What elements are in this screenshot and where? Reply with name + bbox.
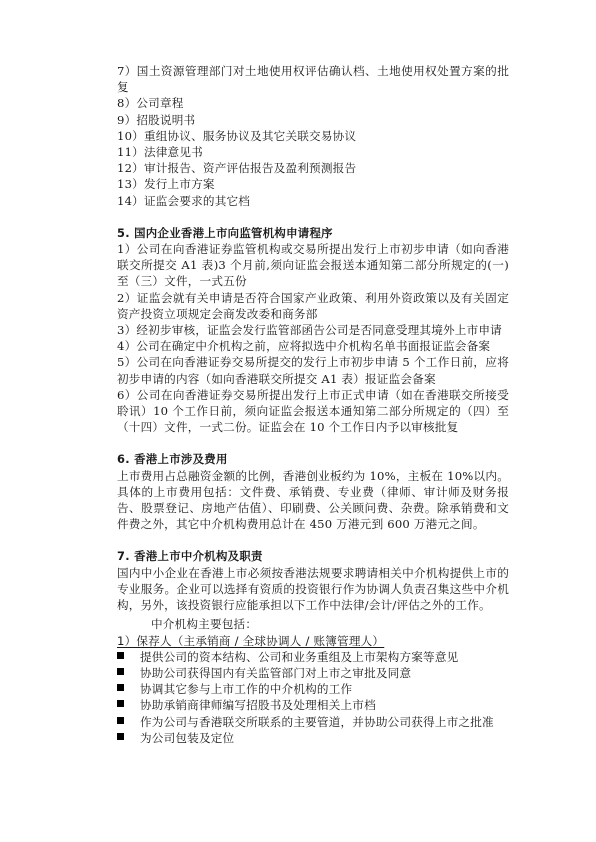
square-bullet-icon (117, 649, 140, 665)
section-7: 7. 香港上市中介机构及职责 国内中小企业在香港上市必须按香港法规要求聘请相关中… (117, 548, 509, 745)
intro-text: 中介机构主要包括： (117, 616, 509, 632)
section-body: 上市费用占总融资金额的比例，香港创业板约为 10%，主板在 10%以内。具体的上… (117, 468, 509, 533)
list-item: 10）重组协议、服务协议及其它关联交易协议 (117, 128, 509, 144)
bullet-text: 协调其它参与上市工作的中介机构的工作 (140, 681, 352, 697)
list-item: 14）证监会要求的其它档 (117, 193, 509, 209)
list-item: 9）招股说明书 (117, 112, 509, 128)
square-bullet-icon (117, 714, 140, 730)
bullet-text: 提供公司的资本结构、公司和业务重组及上市架构方案等意见 (140, 649, 458, 665)
bullet-item: 协助承销商律师编写招股书及处理相关上市档 (117, 697, 509, 713)
bullet-item: 提供公司的资本结构、公司和业务重组及上市架构方案等意见 (117, 649, 509, 665)
section-heading: 7. 香港上市中介机构及职责 (117, 548, 509, 564)
square-bullet-icon (117, 665, 140, 681)
bullet-text: 协助承销商律师编写招股书及处理相关上市档 (140, 697, 376, 713)
bullet-item: 协调其它参与上市工作的中介机构的工作 (117, 681, 509, 697)
list-item: 7）国土资源管理部门对土地使用权评估确认档、土地使用权处置方案的批复 (117, 63, 509, 95)
list-item: 1）公司在向香港证券监管机构或交易所提出发行上市初步申请（如向香港联交所提交 A… (117, 241, 509, 290)
bullet-text: 协助公司获得国内有关监管部门对上市之审批及同意 (140, 665, 411, 681)
bullet-item: 协助公司获得国内有关监管部门对上市之审批及同意 (117, 665, 509, 681)
section-5: 5. 国内企业香港上市向监管机构申请程序 1）公司在向香港证券监管机构或交易所提… (117, 225, 509, 436)
section-heading: 6. 香港上市涉及费用 (117, 451, 509, 467)
square-bullet-icon (117, 730, 140, 746)
spacer (117, 532, 509, 548)
bullet-item: 作为公司与香港联交所联系的主要管道，并协助公司获得上市之批准 (117, 714, 509, 730)
bullet-text: 作为公司与香港联交所联系的主要管道，并协助公司获得上市之批准 (140, 714, 494, 730)
list-item: 12）审计报告、资产评估报告及盈利预测报告 (117, 160, 509, 176)
list-item: 4）公司在确定中介机构之前，应将拟选中介机构名单书面报证监会备案 (117, 338, 509, 354)
list-item: 11）法律意见书 (117, 144, 509, 160)
list-item: 13）发行上市方案 (117, 176, 509, 192)
bullet-text: 为公司包装及定位 (140, 730, 234, 746)
bullet-item: 为公司包装及定位 (117, 730, 509, 746)
list-item: 6）公司在向香港证券交易所提出发行上市正式申请（如在香港联交所接受聆讯）10 个… (117, 387, 509, 436)
square-bullet-icon (117, 681, 140, 697)
document-list-continued: 7）国土资源管理部门对土地使用权评估确认档、土地使用权处置方案的批复 8）公司章… (117, 63, 509, 209)
spacer (117, 209, 509, 225)
subheading-sponsor: 1）保荐人（主承销商 / 全球协调人 / 账簿管理人） (117, 633, 509, 649)
list-item: 2）证监会就有关申请是否符合国家产业政策、利用外资政策以及有关固定资产投资立项规… (117, 290, 509, 322)
list-item: 8）公司章程 (117, 95, 509, 111)
bullet-list: 提供公司的资本结构、公司和业务重组及上市架构方案等意见 协助公司获得国内有关监管… (117, 649, 509, 746)
document-page: 7）国土资源管理部门对土地使用权评估确认档、土地使用权处置方案的批复 8）公司章… (117, 63, 509, 746)
list-item: 5）公司在向香港证券交易所提交的发行上市初步申请 5 个工作日前，应将初步申请的… (117, 354, 509, 386)
section-body: 国内中小企业在香港上市必须按香港法规要求聘请相关中介机构提供上市的专业服务。企业… (117, 565, 509, 614)
spacer (117, 435, 509, 451)
square-bullet-icon (117, 697, 140, 713)
section-6: 6. 香港上市涉及费用 上市费用占总融资金额的比例，香港创业板约为 10%，主板… (117, 451, 509, 532)
list-item: 3）经初步审核，证监会发行监管部函告公司是否同意受理其境外上市申请 (117, 322, 509, 338)
section-heading: 5. 国内企业香港上市向监管机构申请程序 (117, 225, 509, 241)
